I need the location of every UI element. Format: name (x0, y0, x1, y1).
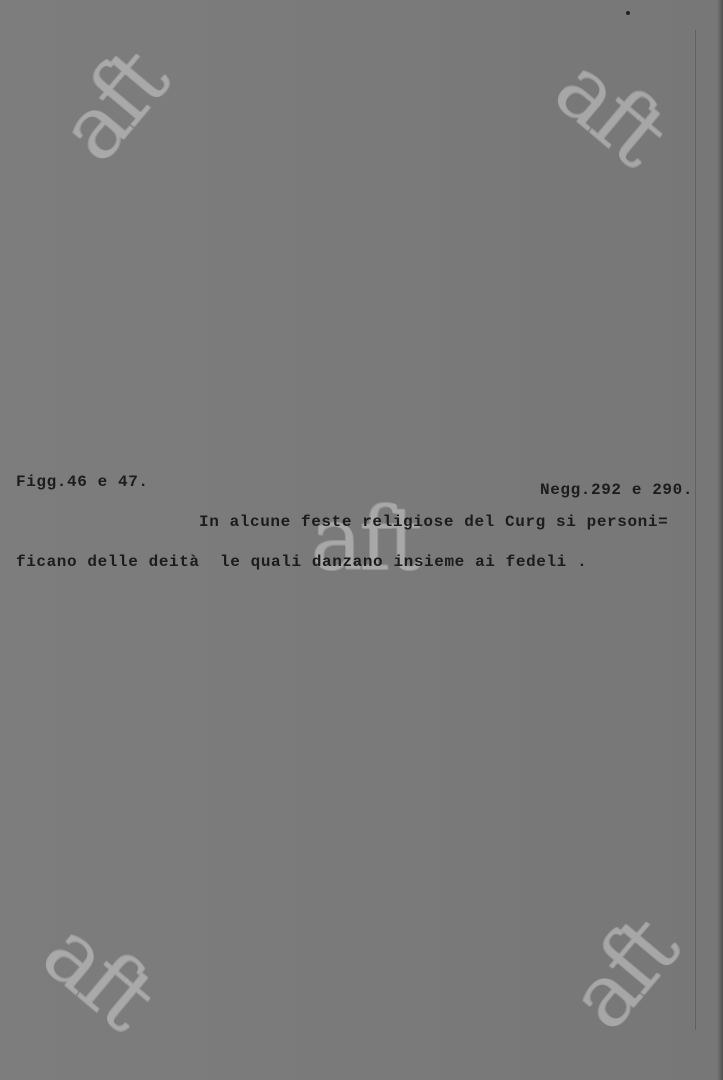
caption-line-1: In alcune feste religiose del Curg si pe… (199, 514, 668, 530)
dust-speck (626, 11, 630, 15)
negative-reference: Negg.292 e 290. (540, 482, 693, 498)
caption-line-2: ficano delle deità le quali danzano insi… (16, 554, 587, 570)
figure-reference: Figg.46 e 47. (16, 474, 149, 490)
page-edge-shadow (717, 0, 723, 1080)
page-fold-line (695, 30, 696, 1030)
